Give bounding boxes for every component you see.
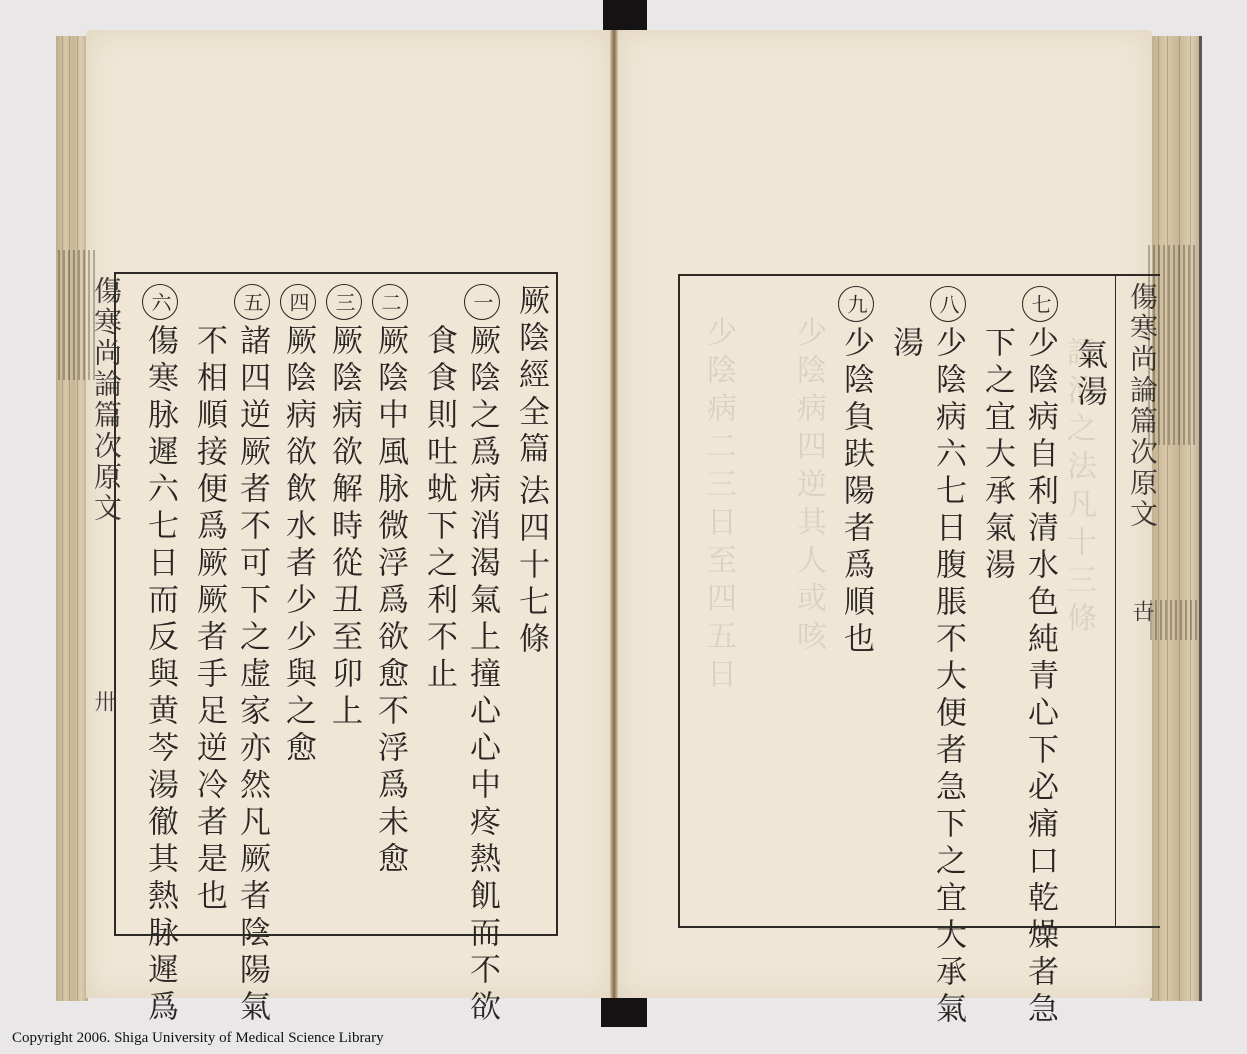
article-number-6: 六 bbox=[142, 284, 178, 320]
article-1-line-1: 一厥陰之爲病消渴氣上撞心心中疼熱飢而不欲 bbox=[464, 284, 500, 1027]
copyright-notice: Copyright 2006. Shiga University of Medi… bbox=[12, 1030, 384, 1047]
ink-bleed-right-lower bbox=[1150, 600, 1200, 640]
article-3: 三厥陰病欲解時從丑至卯上 bbox=[326, 284, 362, 731]
article-number-4: 四 bbox=[280, 284, 316, 320]
left-text-frame: 厥陰經全篇 法四十七條 一厥陰之爲病消渴氣上撞心心中疼熱飢而不欲 食食則吐蚘下之… bbox=[114, 272, 558, 936]
margin-rule bbox=[1115, 276, 1116, 926]
article-7-line-2: 下之宜大承氣湯 bbox=[981, 326, 1012, 585]
article-number-1: 一 bbox=[464, 284, 500, 320]
article-number-5: 五 bbox=[234, 284, 270, 320]
binding-clasp-bottom bbox=[601, 997, 647, 1027]
article-2: 二厥陰中風脉微浮爲欲愈不浮爲未愈 bbox=[372, 284, 408, 879]
article-4: 四厥陰病欲飲水者少少與之愈 bbox=[280, 284, 316, 768]
article-7-line-1: 七少陰病自利清水色純青心下必痛口乾燥者急 bbox=[1022, 286, 1058, 1029]
article-8-line-1: 八少陰病六七日腹脹不大便者急下之宜大承氣 bbox=[930, 286, 966, 1029]
right-text-frame: 證治之法凡十三條 少陰病四逆其人或咳 少陰病二三日至四五日 氣湯 七少陰病自利清… bbox=[678, 274, 1160, 928]
bleed-through-text: 少陰病四逆其人或咳 bbox=[786, 316, 830, 658]
article-number-3: 三 bbox=[326, 284, 362, 320]
chapter-heading: 厥陰經全篇 bbox=[515, 284, 546, 469]
book-gutter bbox=[610, 30, 618, 998]
article-5-line-2: 不相順接便爲厥厥者手足逆冷者是也 bbox=[193, 324, 224, 916]
article-number-7: 七 bbox=[1022, 286, 1058, 322]
article-5-line-1: 五諸四逆厥者不可下之虚家亦然凡厥者陰陽氣 bbox=[234, 284, 270, 1027]
binding-clasp-top bbox=[603, 0, 647, 30]
article-8-line-2: 湯 bbox=[889, 326, 920, 363]
ink-bleed-left bbox=[58, 250, 98, 380]
ink-bleed-right bbox=[1148, 245, 1198, 445]
article-6: 六傷寒脉遲六七日而反與黄芩湯徹其熱脉遲爲 bbox=[142, 284, 178, 1027]
article-1-line-2: 食食則吐蚘下之利不止 bbox=[423, 324, 454, 694]
chapter-heading-note: 法四十七條 bbox=[515, 474, 546, 659]
bleed-through-text: 少陰病二三日至四五日 bbox=[696, 316, 740, 696]
article-number-9: 九 bbox=[838, 286, 874, 322]
article-number-2: 二 bbox=[372, 284, 408, 320]
continuation-line: 氣湯 bbox=[1073, 338, 1104, 412]
article-9: 九少陰負趺陽者爲順也 bbox=[838, 286, 874, 659]
article-number-8: 八 bbox=[930, 286, 966, 322]
page-edge-left bbox=[56, 36, 88, 1001]
